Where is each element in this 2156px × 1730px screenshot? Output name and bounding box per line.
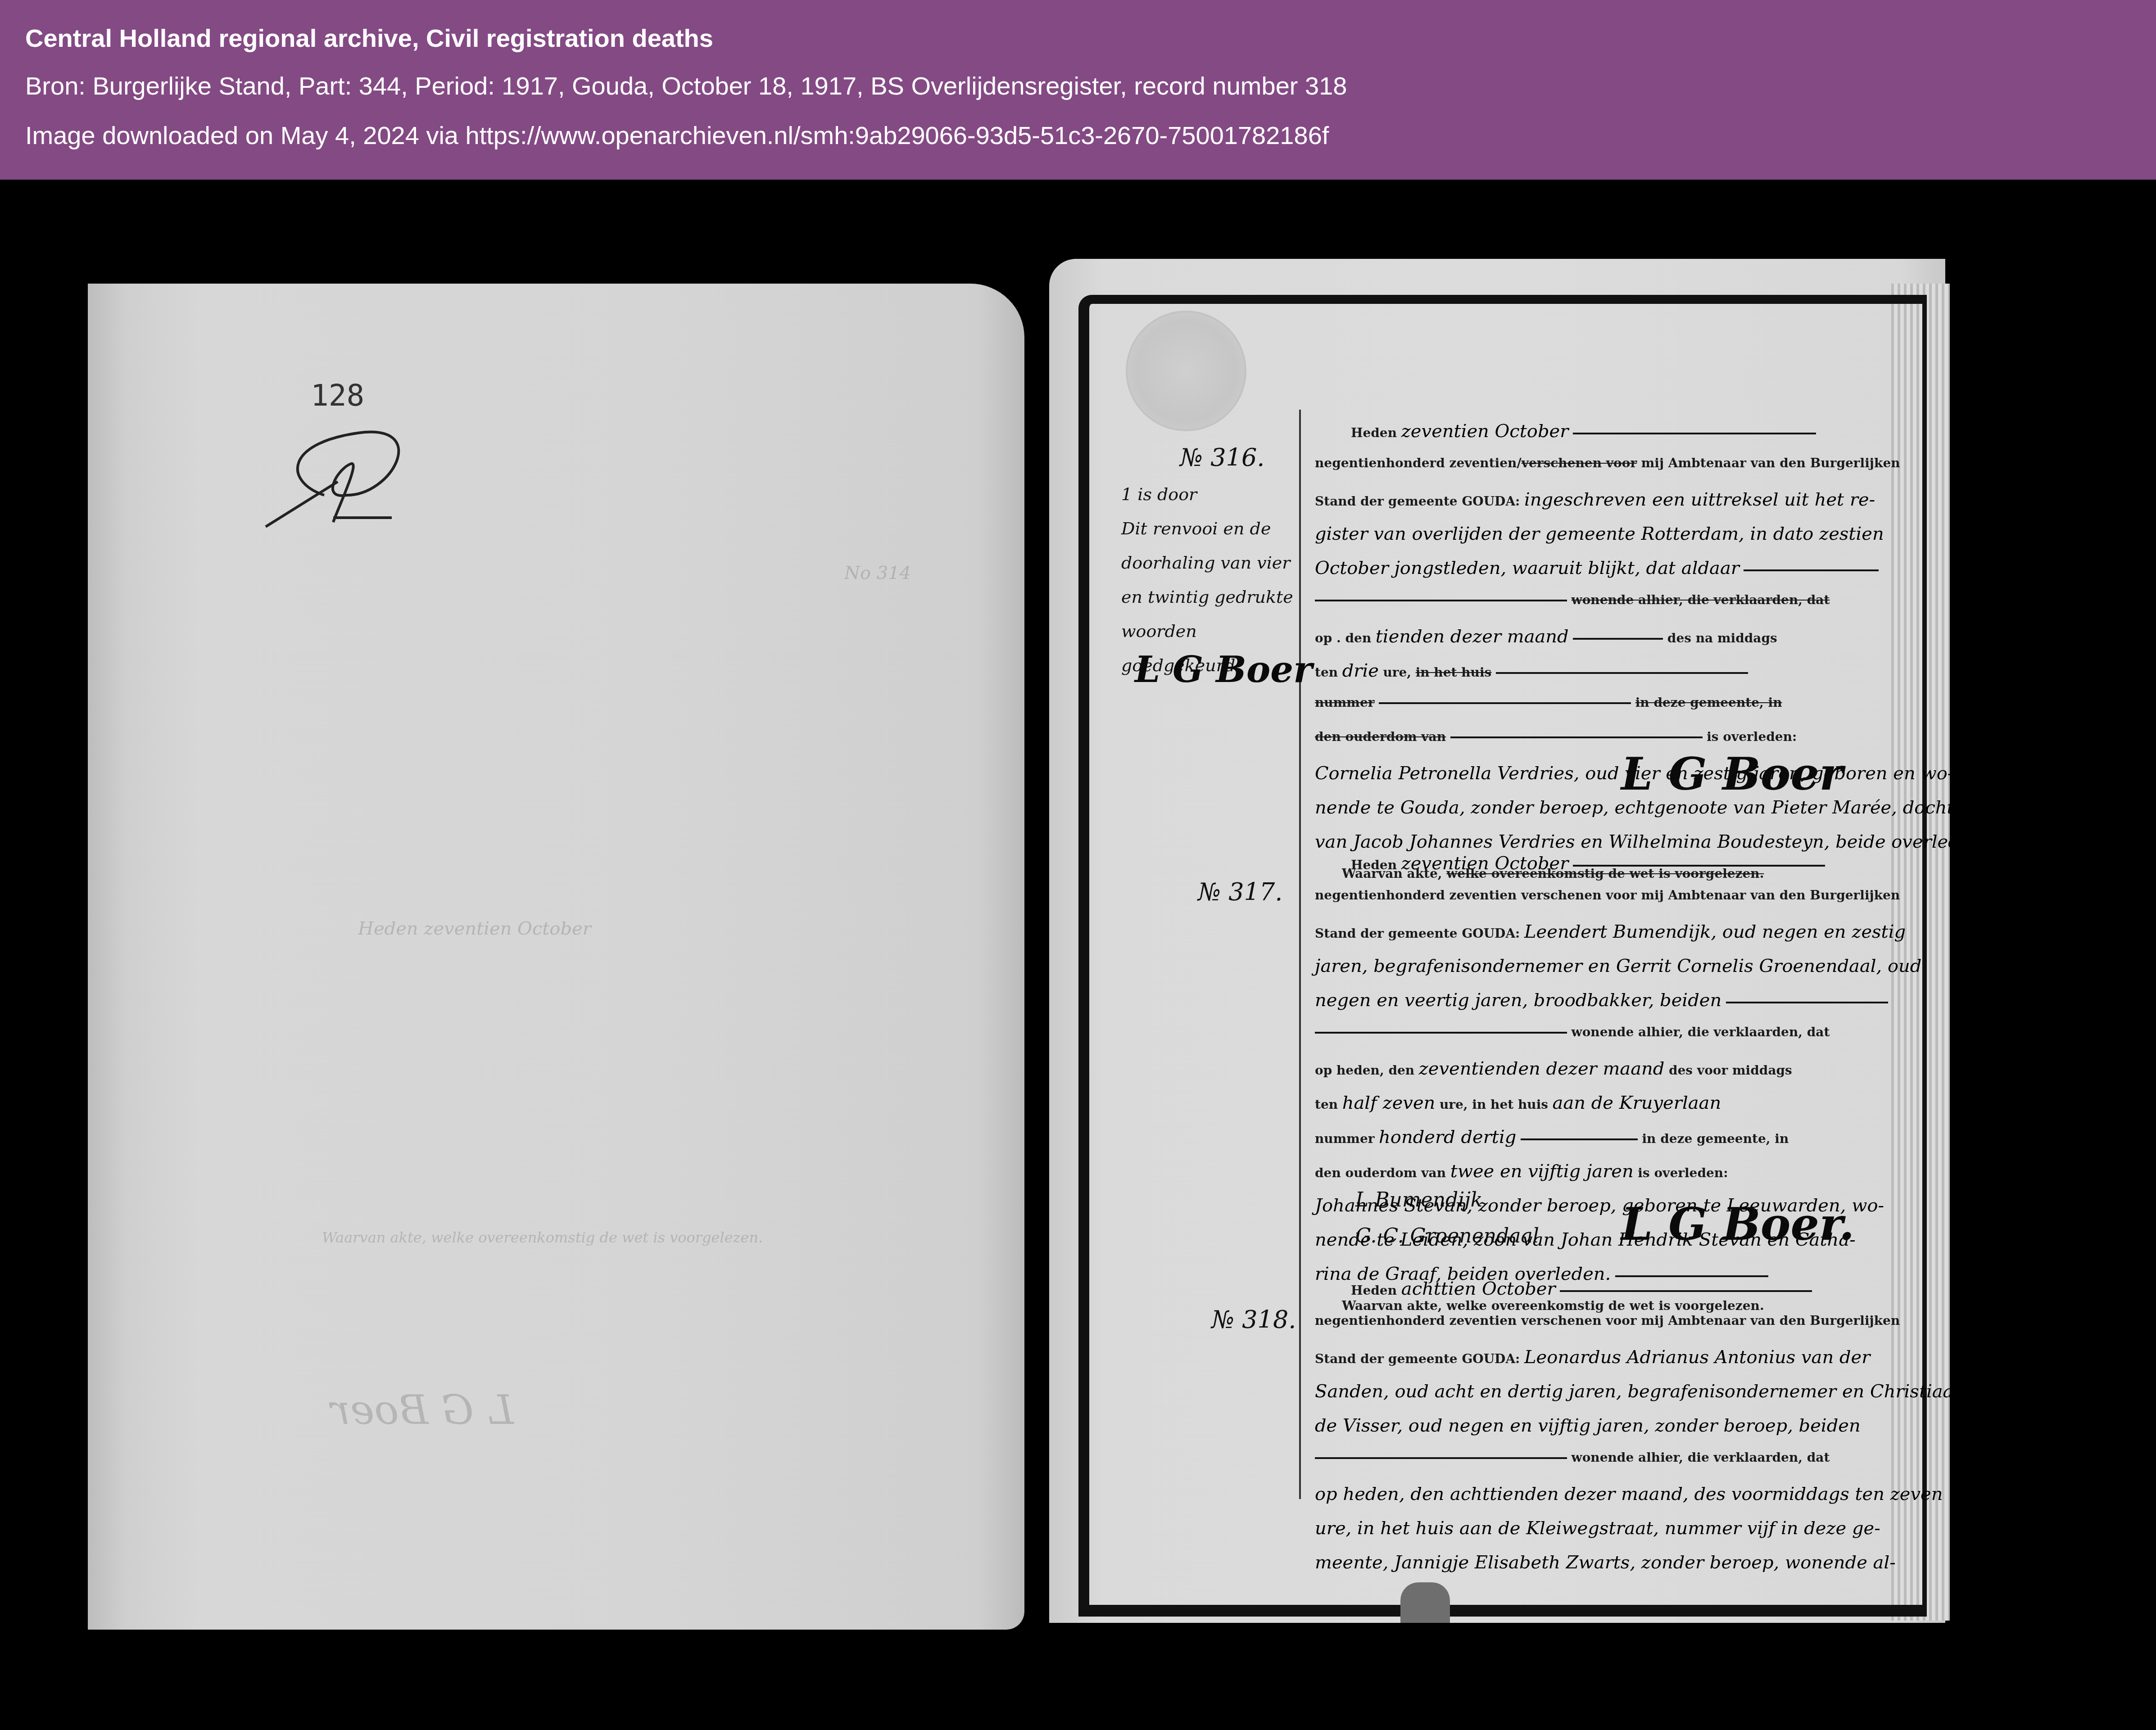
entry-handwriting: op heden, den achttienden dezer maand, d… xyxy=(1315,1484,1943,1504)
entry-handwriting: drie xyxy=(1342,660,1379,681)
entry-label: is overleden: xyxy=(1638,1165,1728,1180)
margin-note-line: Dit renvooi en de xyxy=(1121,511,1301,546)
entry-label: wonende alhier, die verklaarden, dat xyxy=(1572,1450,1830,1465)
struck-text: den ouderdom van xyxy=(1315,729,1446,744)
entry-handwriting: tienden dezer maand xyxy=(1376,626,1569,647)
entry-handwriting: de Visser, oud negen en vijftig jaren, z… xyxy=(1315,1415,1861,1436)
entry-label: nummer xyxy=(1315,1131,1375,1146)
entry-label: op heden, den xyxy=(1315,1063,1414,1078)
left-page: No 314 Heden zeventien October Waarvan a… xyxy=(88,284,1024,1630)
entry-316: Heden zeventien October negentienhonderd… xyxy=(1315,421,1855,900)
entry-municipality: Stand der gemeente GOUDA: xyxy=(1315,926,1520,941)
entry-official: mij Ambtenaar van den Burgerlijken xyxy=(1641,456,1900,470)
entry-handwriting: October jongstleden, waaruit blijkt, dat… xyxy=(1315,558,1739,578)
margin-note-line: doorhaling van vier xyxy=(1121,546,1301,580)
ghost-heden: Heden zeventien October xyxy=(358,918,591,939)
margin-note-line: en twintig gedrukte xyxy=(1121,580,1301,614)
witness-signature-2: G. C. Groenendaal xyxy=(1355,1224,1539,1247)
entry-year: negentienhonderd zeventien verschenen vo… xyxy=(1315,1313,1900,1328)
record-download-info: Image downloaded on May 4, 2024 via http… xyxy=(25,121,1329,150)
struck-text: in het huis xyxy=(1416,665,1492,680)
record-source: Bron: Burgerlijke Stand, Part: 344, Peri… xyxy=(25,71,1347,100)
entry-number-317: № 317. xyxy=(1198,878,1283,906)
entry-label: op . den xyxy=(1315,631,1371,646)
entry-handwriting: honderd dertig xyxy=(1379,1127,1516,1147)
entry-handwriting: Sanden, oud acht en dertig jaren, begraf… xyxy=(1315,1381,1965,1402)
entry-date: zeventien October xyxy=(1401,421,1569,442)
entry-year: negentienhonderd zeventien verschenen vo… xyxy=(1315,888,1900,903)
entry-year: negentienhonderd zeventien/ xyxy=(1315,456,1522,470)
struck-text: wonende alhier, die verklaarden, dat xyxy=(1572,592,1830,607)
entry-number-316: № 316. xyxy=(1180,443,1265,472)
ghost-signature: L G Boer xyxy=(331,1387,513,1434)
official-signature-316: L G Boer xyxy=(1621,747,1843,800)
entry-handwriting: negen en veertig jaren, broodbakker, bei… xyxy=(1315,990,1721,1011)
entry-label: des na middags xyxy=(1667,631,1777,646)
record-title: Central Holland regional archive, Civil … xyxy=(25,23,713,53)
entry-label: ten xyxy=(1315,1097,1338,1112)
entry-municipality: Stand der gemeente GOUDA: xyxy=(1315,1351,1520,1366)
entry-handwriting: ure, in het huis aan de Kleiwegstraat, n… xyxy=(1315,1518,1880,1539)
margin-note-line: 1 is door xyxy=(1121,477,1301,511)
embossed-seal-icon xyxy=(1126,311,1246,431)
struck-text: nummer xyxy=(1315,695,1375,710)
entry-label: den ouderdom van xyxy=(1315,1165,1446,1180)
entry-municipality: Stand der gemeente GOUDA: xyxy=(1315,494,1520,509)
entry-handwriting: twee en vijftig jaren xyxy=(1450,1161,1634,1182)
folio-number: 128 xyxy=(311,378,364,413)
ghost-waarvan: Waarvan akte, welke overeenkomstig de we… xyxy=(322,1229,763,1246)
entry-label: des voor middags xyxy=(1669,1063,1792,1078)
paraph-signature-icon xyxy=(257,428,446,545)
entry-label: in deze gemeente, in xyxy=(1642,1131,1789,1146)
entry-318: Heden achttien October negentienhonderd … xyxy=(1315,1278,1855,1586)
entry-label: is overleden: xyxy=(1707,729,1797,744)
deceased-line: van Jacob Johannes Verdries en Wilhelmin… xyxy=(1315,831,1988,852)
entry-number-318: № 318. xyxy=(1211,1305,1296,1334)
entry-handwriting: gister van overlijden der gemeente Rotte… xyxy=(1315,524,1884,544)
struck-text: verschenen voor xyxy=(1522,456,1637,470)
entry-label: ure, xyxy=(1383,665,1411,680)
entry-label: ten xyxy=(1315,665,1338,680)
entry-handwriting: aan de Kruyerlaan xyxy=(1553,1093,1721,1113)
entry-date: achttien October xyxy=(1401,1278,1556,1299)
book-clip xyxy=(1400,1582,1450,1623)
margin-signature-316: L G Boer xyxy=(1135,648,1312,691)
official-signature-317: L G Boer. xyxy=(1621,1197,1855,1251)
entry-handwriting: meente, Jannigje Elisabeth Zwarts, zonde… xyxy=(1315,1552,1896,1573)
record-header: Central Holland regional archive, Civil … xyxy=(0,0,2156,180)
entry-handwriting: Leonardus Adrianus Antonius van der xyxy=(1524,1347,1870,1368)
entry-handwriting: jaren, begrafenisondernemer en Gerrit Co… xyxy=(1315,956,1921,976)
entry-handwriting: Leendert Bumendijk, oud negen en zestig xyxy=(1524,921,1906,942)
entry-date: zeventien October xyxy=(1401,853,1569,874)
entry-317: Heden zeventien October negentienhonderd… xyxy=(1315,853,1855,1332)
entry-label: wonende alhier, die verklaarden, dat xyxy=(1572,1025,1830,1039)
witness-signature-1: L Bumendijk xyxy=(1355,1188,1483,1211)
entry-handwriting: half zeven xyxy=(1342,1093,1436,1113)
struck-text: in deze gemeente, in xyxy=(1635,695,1782,710)
entry-handwriting: zeventienden dezer maand xyxy=(1419,1058,1665,1079)
entry-label: ure, in het huis xyxy=(1440,1097,1548,1112)
entry-handwriting: ingeschreven een uittreksel uit het re- xyxy=(1524,489,1875,510)
ghost-entry-number: No 314 xyxy=(844,563,911,583)
